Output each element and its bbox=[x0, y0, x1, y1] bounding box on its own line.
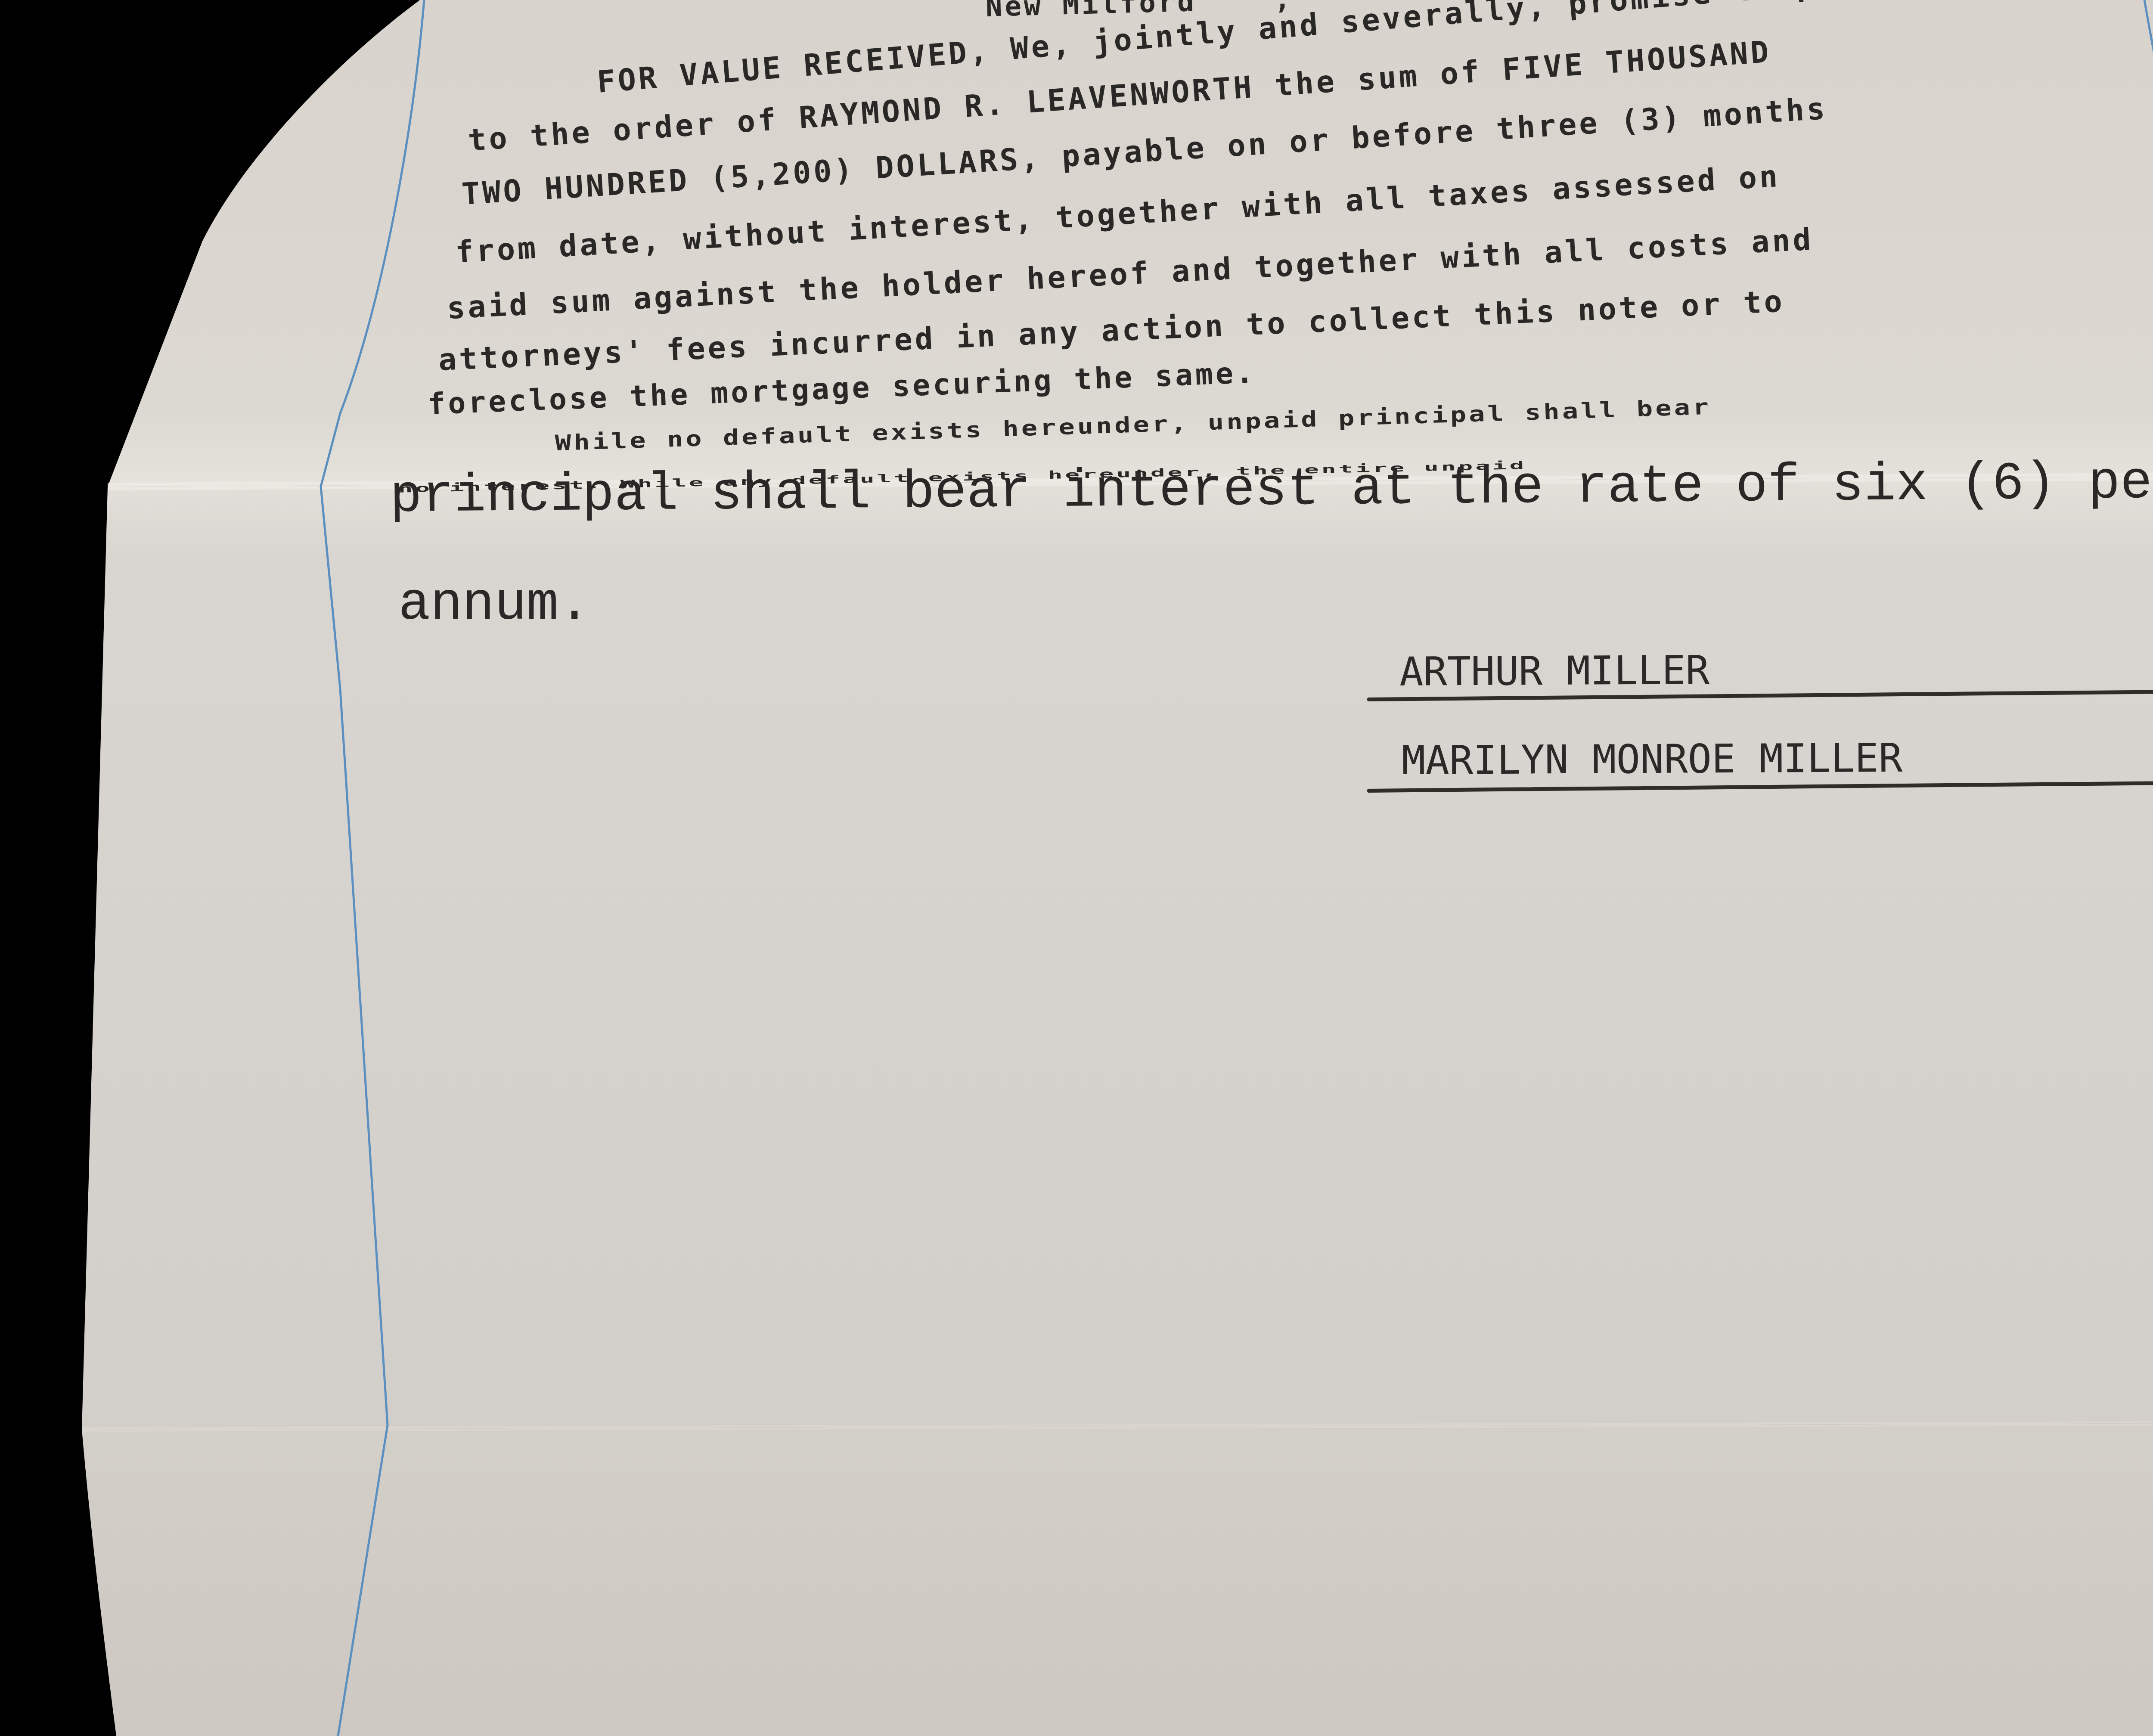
document-photo: New Milford, FOR VALUE RECEIVED, We, joi… bbox=[0, 0, 2153, 1736]
signature-arthur-miller: ARTHUR MILLER bbox=[1399, 647, 1710, 695]
bottom-panel bbox=[82, 1423, 2153, 1736]
middle-panel bbox=[82, 476, 2153, 1429]
body-line-annum: annum. bbox=[398, 575, 590, 635]
signature-marilyn-monroe-miller: MARILYN MONROE MILLER bbox=[1402, 735, 1903, 784]
